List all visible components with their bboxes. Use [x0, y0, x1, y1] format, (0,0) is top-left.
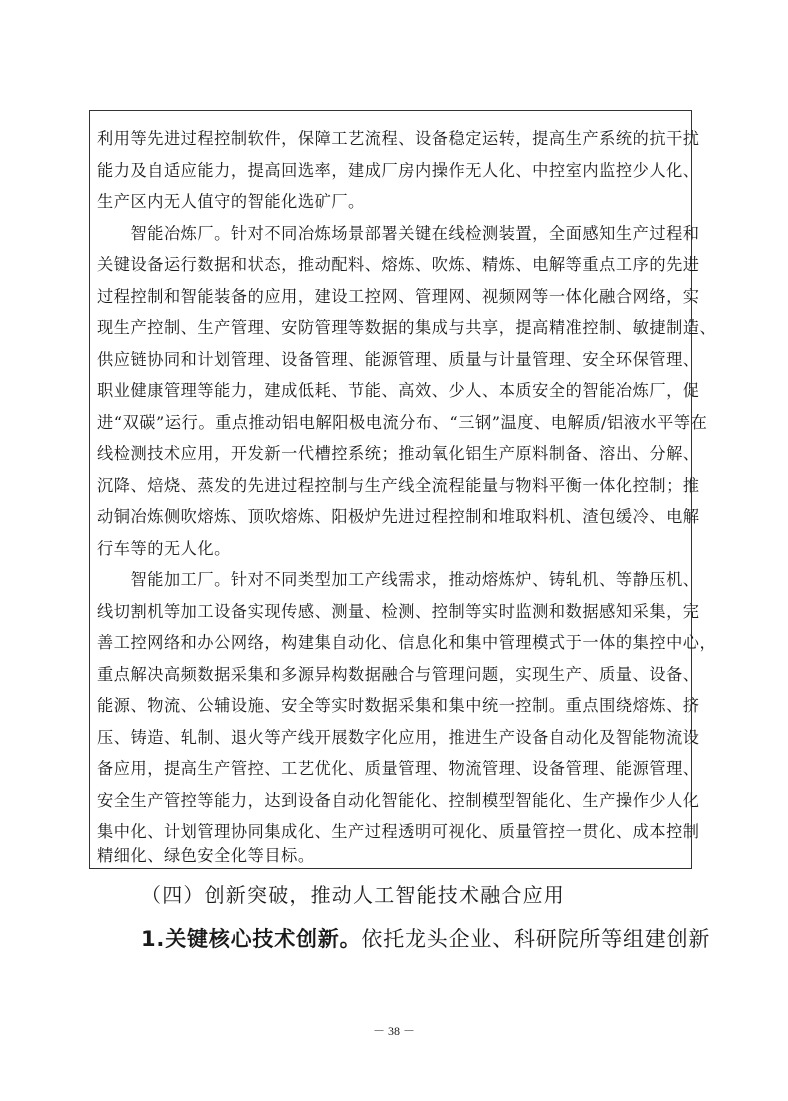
box-line: 职业健康管理等能力，建成低耗、节能、高效、少人、本质安全的智能冶炼厂，促 — [97, 381, 687, 401]
box-line: 重点解决高频数据采集和多源异构数据融合与管理问题，实现生产、质量、设备、 — [97, 665, 687, 685]
box-line: 善工控网络和办公网络，构建集自动化、信息化和集中管理模式于一体的集控中心， — [97, 633, 687, 653]
box-line: 利用等先进过程控制软件，保障工艺流程、设备稳定运转，提高生产系统的抗干扰 — [97, 129, 687, 149]
box-line: 线检测技术应用，开发新一代槽控系统；推动氧化铝生产原料制备、溶出、分解、 — [97, 444, 687, 464]
box-line: 过程控制和智能装备的应用，建设工控网、管理网、视频网等一体化融合网络，实 — [97, 287, 687, 307]
box-line: 沉降、焙烧、蒸发的先进过程控制与生产线全流程能量与物料平衡一体化控制；推 — [97, 476, 687, 496]
box-line: 智能加工厂。针对不同类型加工产线需求，推动熔炼炉、铸轧机、等静压机、 — [97, 570, 687, 590]
text-box: 利用等先进过程控制软件，保障工艺流程、设备稳定运转，提高生产系统的抗干扰 能力及… — [89, 110, 692, 869]
box-line: 生产区内无人值守的智能化选矿厂。 — [97, 192, 687, 212]
box-line: 动铜冶炼侧吹熔炼、顶吹熔炼、阳极炉先进过程控制和堆取料机、渣包缓冷、电解 — [97, 507, 687, 527]
box-line: 安全生产管控等能力，达到设备自动化智能化、控制模型智能化、生产操作少人化 — [97, 791, 687, 811]
box-line: 压、铸造、轧制、退火等产线开展数字化应用，推进生产设备自动化及智能物流设 — [97, 728, 687, 748]
box-line: 能力及自适应能力，提高回选率，建成厂房内操作无人化、中控室内监控少人化、 — [97, 161, 687, 181]
body-paragraph: 1.关键核心技术创新。依托龙头企业、科研院所等组建创新 — [141, 922, 710, 956]
page-number: － 38 － — [0, 1022, 788, 1039]
box-line: 智能冶炼厂。针对不同冶炼场景部署关键在线检测装置，全面感知生产过程和 — [97, 224, 687, 244]
box-line: 备应用，提高生产管控、工艺优化、质量管理、物流管理、设备管理、能源管理、 — [97, 759, 687, 779]
paragraph-lead: 1.关键核心技术创新。 — [141, 927, 361, 951]
box-line: 关键设备运行数据和状态，推动配料、熔炼、吹炼、精炼、电解等重点工序的先进 — [97, 255, 687, 275]
box-line: 能源、物流、公辅设施、安全等实时数据采集和集中统一控制。重点围绕熔炼、挤 — [97, 696, 687, 716]
box-line: 供应链协同和计划管理、设备管理、能源管理、质量与计量管理、安全环保管理、 — [97, 350, 687, 370]
box-line: 精细化、绿色安全化等目标。 — [97, 846, 687, 866]
paragraph-text: 依托龙头企业、科研院所等组建创新 — [361, 927, 710, 951]
section-heading: （四）创新突破，推动人工智能技术融合应用 — [141, 880, 565, 910]
box-line: 线切割机等加工设备实现传感、测量、检测、控制等实时监测和数据感知采集，完 — [97, 602, 687, 622]
box-line: 集中化、计划管理协同集成化、生产过程透明可视化、质量管控一贯化、成本控制 — [97, 822, 687, 842]
box-line: 行车等的无人化。 — [97, 539, 687, 559]
box-line: 进“双碳”运行。重点推动铝电解阳极电流分布、“三钢”温度、电解质/铝液水平等在 — [97, 413, 687, 433]
box-line: 现生产控制、生产管理、安防管理等数据的集成与共享，提高精准控制、敏捷制造、 — [97, 318, 687, 338]
